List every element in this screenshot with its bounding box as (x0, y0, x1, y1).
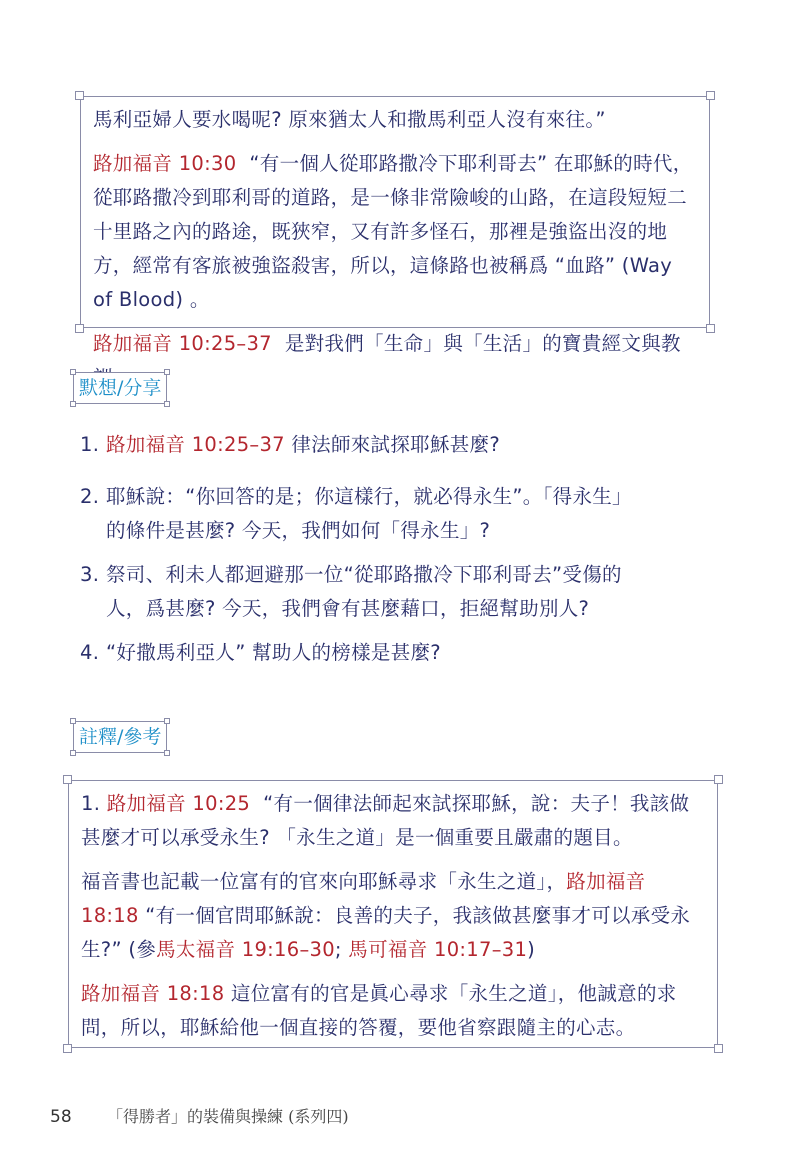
corner-ornament (164, 369, 170, 375)
page-footer: 58 「得勝者」的裝備與操練 (系列四) (50, 1104, 349, 1127)
note-text: “有一個人從耶路撒冷下耶利哥去” 在耶穌的時代，從耶路撒冷到耶利哥的道路，是一條… (93, 152, 693, 311)
corner-ornament (164, 750, 170, 756)
question-text-continued: 的條件是甚麼? 今天，我們如何「得永生」? (80, 514, 632, 548)
corner-ornament (164, 718, 170, 724)
scripture-reference: 路加福音 10:30 (93, 152, 236, 175)
note-paragraph: 路加福音 10:30 “有一個人從耶路撒冷下耶利哥去” 在耶穌的時代，從耶路撒冷… (93, 147, 697, 317)
section-tag-notes: 註釋/參考 (73, 721, 167, 753)
section-tag-label: 默想/分享 (79, 377, 161, 399)
corner-ornament (63, 1044, 72, 1053)
corner-ornament (75, 324, 84, 333)
corner-ornament (714, 1044, 723, 1053)
scripture-reference: 路加福音 10:25–37 (93, 332, 272, 355)
note-number: 1. (81, 792, 100, 815)
corner-ornament (70, 401, 76, 407)
question-text: 祭司、利未人都迴避那一位“從耶路撒冷下耶利哥去”受傷的 (106, 563, 622, 586)
note-paragraph: 福音書也記載一位富有的官來向耶穌尋求「永生之道」，路加福音 18:18 “有一個… (81, 865, 705, 967)
question-number: 1. (80, 428, 106, 462)
scripture-reference: 馬太福音 19:16–30 (156, 938, 335, 961)
question-item: 4.“好撒馬利亞人” 幫助人的榜樣是甚麼? (80, 636, 441, 670)
bottom-notes-box: 1. 路加福音 10:25 “有一個律法師起來試探耶穌，說：夫子！我該做甚麼才可… (68, 780, 718, 1048)
separator: ; (335, 938, 348, 961)
corner-ornament (75, 91, 84, 100)
question-text: “好撒馬利亞人” 幫助人的榜樣是甚麼? (106, 641, 441, 664)
note-paragraph: 路加福音 18:18 這位富有的官是眞心尋求「永生之道」，他誠意的求問，所以，耶… (81, 977, 705, 1045)
note-paragraph: 1. 路加福音 10:25 “有一個律法師起來試探耶穌，說：夫子！我該做甚麼才可… (81, 787, 705, 855)
corner-ornament (70, 369, 76, 375)
scripture-reference: 路加福音 18:18 (81, 982, 224, 1005)
note-text: 福音書也記載一位富有的官來向耶穌尋求「永生之道」， (81, 870, 566, 893)
corner-ornament (706, 324, 715, 333)
corner-ornament (714, 775, 723, 784)
corner-ornament (70, 718, 76, 724)
corner-ornament (70, 750, 76, 756)
question-item: 1.路加福音 10:25–37 律法師來試探耶穌甚麼? (80, 428, 500, 462)
section-tag-label: 註釋/參考 (79, 726, 161, 748)
scripture-reference: 路加福音 10:25–37 (106, 433, 285, 456)
close-paren: ) (527, 938, 535, 961)
corner-ornament (63, 775, 72, 784)
question-text: 律法師來試探耶穌甚麼? (291, 433, 500, 456)
note-paragraph: 路加福音 10:25–37 是對我們「生命」與「生活」的寶貴經文與教訓。 (93, 327, 697, 395)
scripture-reference: 路加福音 10:25 (107, 792, 250, 815)
scripture-reference: 馬可福音 10:17–31 (348, 938, 527, 961)
question-item: 3.祭司、利未人都迴避那一位“從耶路撒冷下耶利哥去”受傷的 人，爲甚麼? 今天，… (80, 558, 622, 626)
question-text: 耶穌說：“你回答的是；你這樣行，就必得永生”。「得永生」 (106, 485, 632, 508)
book-title: 「得勝者」的裝備與操練 (系列四) (107, 1107, 349, 1126)
corner-ornament (706, 91, 715, 100)
top-note-box: 馬利亞婦人要水喝呢? 原來猶太人和撒馬利亞人沒有來往。” 路加福音 10:30 … (80, 96, 710, 328)
question-number: 2. (80, 480, 106, 514)
question-number: 3. (80, 558, 106, 592)
question-item: 2.耶穌說：“你回答的是；你這樣行，就必得永生”。「得永生」 的條件是甚麼? 今… (80, 480, 632, 548)
question-text-continued: 人，爲甚麼? 今天，我們會有甚麼藉口，拒絕幫助別人? (80, 592, 622, 626)
page-number: 58 (50, 1107, 72, 1127)
section-tag-meditation: 默想/分享 (73, 372, 167, 404)
corner-ornament (164, 401, 170, 407)
continued-line: 馬利亞婦人要水喝呢? 原來猶太人和撒馬利亞人沒有來往。” (93, 103, 697, 137)
question-number: 4. (80, 636, 106, 670)
